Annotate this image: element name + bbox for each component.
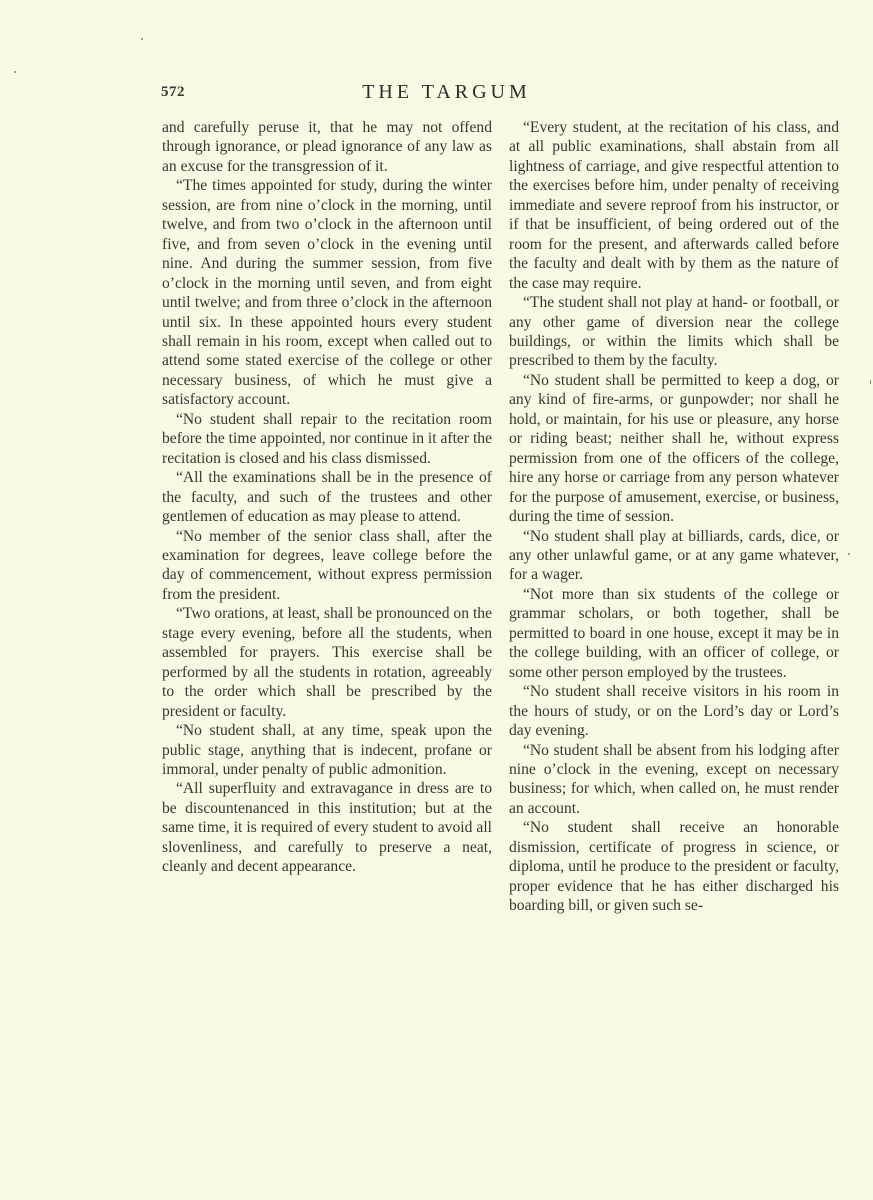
paper-speck xyxy=(141,38,143,40)
left-column: and carefully peruse it, that he may not… xyxy=(162,118,492,877)
paragraph: “Not more than six students of the colle… xyxy=(509,585,839,682)
paragraph: “No student shall be absent from his lod… xyxy=(509,741,839,819)
paragraph: “No member of the senior class shall, af… xyxy=(162,527,492,605)
paragraph: “No student shall be permitted to keep a… xyxy=(509,371,839,527)
right-column: “Every student, at the recitation of his… xyxy=(509,118,839,916)
paragraph: “All the examinations shall be in the pr… xyxy=(162,468,492,526)
paper-speck xyxy=(848,553,850,555)
paper-speck xyxy=(870,380,871,384)
paragraph: “Every student, at the recitation of his… xyxy=(509,118,839,293)
paragraph: “No student shall receive an honorable d… xyxy=(509,818,839,915)
paragraph: “No student shall play at billiards, car… xyxy=(509,527,839,585)
paragraph: “All superfluity and extravagance in dre… xyxy=(162,779,492,876)
paragraph: and carefully peruse it, that he may not… xyxy=(162,118,492,176)
paragraph: “The student shall not play at hand- or … xyxy=(509,293,839,371)
paragraph: “No student shall receive visitors in hi… xyxy=(509,682,839,740)
paragraph: “No student shall repair to the recitati… xyxy=(162,410,492,468)
paragraph: “No student shall, at any time, speak up… xyxy=(162,721,492,779)
paper-speck xyxy=(14,71,16,73)
paragraph: “The times appointed for study, during t… xyxy=(162,176,492,409)
paragraph: “Two orations, at least, shall be pronou… xyxy=(162,604,492,721)
running-head: THE TARGUM xyxy=(0,81,873,104)
